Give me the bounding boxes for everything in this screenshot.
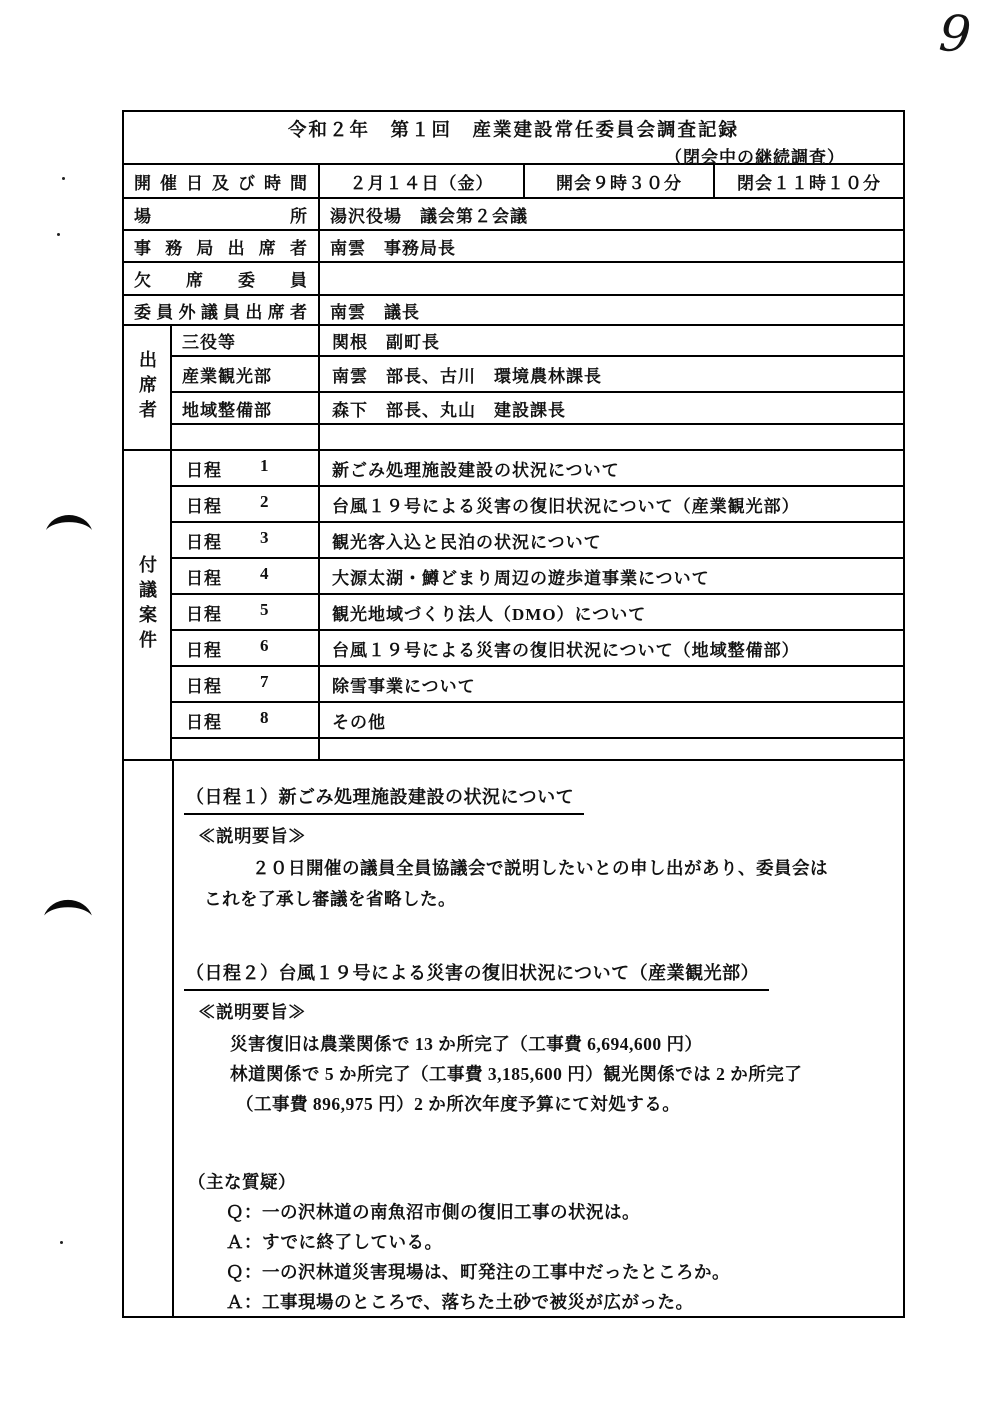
minutes-section: （日程１）新ごみ処理施設建設の状況について ≪説明要旨≫ ２０日開催の議員全員協… [124,761,903,1316]
agenda-row-empty [172,739,903,759]
nonmember-value: 南雲 議長 [320,296,903,324]
agenda-vertical-header: 付議案件 [124,451,172,759]
summary-label: ≪説明要旨≫ [198,998,885,1026]
agenda-item-title: 台風１９号による災害の復旧状況について（地域整備部） [320,631,903,665]
row-secretariat: 事務局出席者 南雲 事務局長 [124,231,903,263]
agenda-row: 日程2 台風１９号による災害の復旧状況について（産業観光部） [172,487,903,523]
minutes-item1-text: これを了承し審議を省略した。 [204,885,885,913]
agenda-item-number: 5 [260,600,270,625]
attendee-group-label: 地域整備部 [172,393,320,423]
agenda-item-number: 8 [260,708,270,733]
attendee-group-label: 三役等 [172,326,320,355]
absent-value [320,263,903,294]
scan-binding-mark [43,501,95,535]
summary-label: ≪説明要旨≫ [198,822,885,850]
attendee-names: 関根 副町長 [320,326,903,355]
agenda-item-title: その他 [320,703,903,737]
row-datetime: 開催日及び時間 ２月１４日（金） 開会９時３０分 閉会１１時１０分 [124,165,903,199]
agenda-item-number: 2 [260,492,270,517]
agenda-item-title: 観光地域づくり法人（DMO）について [320,595,903,629]
attendee-row: 三役等 関根 副町長 [172,326,903,357]
agenda-item-number: 3 [260,528,270,553]
agenda-row: 日程3 観光客入込と民泊の状況について [172,523,903,559]
agenda-row: 日程1 新ごみ処理施設建設の状況について [172,451,903,487]
agenda-item-title: 観光客入込と民泊の状況について [320,523,903,557]
row-nonmember-attendees: 委員外議員出席者 南雲 議長 [124,296,903,326]
place-label: 場所 [124,199,320,229]
agenda-item-label: 日程 [186,528,222,553]
attendees-vertical-header: 出席者 [124,326,172,449]
attendee-names: 森下 部長、丸山 建設課長 [320,393,903,423]
qa-line: Ｑ：一の沢林道災害現場は、町発注の工事中だったところか。 [226,1258,885,1286]
attendee-row-empty [172,425,903,449]
scan-speck [62,177,65,180]
handwritten-page-number: 9 [923,2,987,66]
agenda-item-label: 日程 [186,600,222,625]
agenda-item-label: 日程 [186,564,222,589]
agenda-item-label: 日程 [186,492,222,517]
attendee-row: 地域整備部 森下 部長、丸山 建設課長 [172,393,903,425]
agenda-item-label: 日程 [186,672,222,697]
opening-time: 開会９時３０分 [525,165,715,197]
scan-speck [57,233,60,236]
agenda-row: 日程7 除雪事業について [172,667,903,703]
minutes-item2-text: 災害復旧は農業関係で 13 か所完了（工事費 6,694,600 円） [230,1030,885,1058]
secretariat-value: 南雲 事務局長 [320,231,903,261]
minutes-item2-text: （工事費 896,975 円）2 か所次年度予算にて対処する。 [236,1090,885,1118]
row-absent-members: 欠席委員 [124,263,903,296]
absent-label: 欠席委員 [124,263,320,294]
agenda-item-label: 日程 [186,456,222,481]
attendee-names: 南雲 部長、古川 環境農林課長 [320,357,903,391]
scan-speck [60,1241,63,1244]
agenda-row: 日程6 台風１９号による災害の復旧状況について（地域整備部） [172,631,903,667]
agenda-row: 日程8 その他 [172,703,903,739]
agenda-row: 日程4 大源太湖・鱒どまり周辺の遊歩道事業について [172,559,903,595]
agenda-item-number: 6 [260,636,270,661]
document-title: 令和２年 第１回 産業建設常任委員会調査記録 [124,116,903,142]
agenda-item-title: 台風１９号による災害の復旧状況について（産業観光部） [320,487,903,521]
row-place: 場所 湯沢役場 議会第２会議 [124,199,903,231]
attendees-section: 出席者 三役等 関根 副町長 産業観光部 南雲 部長、古川 環境農林課長 地域整… [124,326,903,451]
qa-heading: （主な質疑） [188,1168,885,1196]
title-row: 令和２年 第１回 産業建設常任委員会調査記録 （閉会中の継続調査） [124,112,903,165]
agenda-item-label: 日程 [186,636,222,661]
minutes-item1-heading: （日程１）新ごみ処理施設建設の状況について [184,783,885,815]
minutes-item2-text: 林道関係で 5 か所完了（工事費 3,185,600 円）観光関係では 2 か所… [230,1060,885,1088]
agenda-item-title: 大源太湖・鱒どまり周辺の遊歩道事業について [320,559,903,593]
secretariat-label: 事務局出席者 [124,231,320,261]
minutes-item1-text: ２０日開催の議員全員協議会で説明したいとの申し出があり、委員会は [252,854,885,882]
minutes-margin-column [124,761,174,1316]
agenda-item-title: 新ごみ処理施設建設の状況について [320,451,903,485]
committee-record-table: 令和２年 第１回 産業建設常任委員会調査記録 （閉会中の継続調査） 開催日及び時… [122,110,905,1318]
agenda-item-number: 1 [260,456,270,481]
minutes-item2-heading: （日程２）台風１９号による災害の復旧状況について（産業観光部） [184,959,885,991]
meeting-date: ２月１４日（金） [320,165,525,197]
agenda-item-number: 4 [260,564,270,589]
agenda-section: 付議案件 日程1 新ごみ処理施設建設の状況について 日程2 台風１９号による災害… [124,451,903,761]
closing-time: 閉会１１時１０分 [715,165,903,197]
agenda-item-title: 除雪事業について [320,667,903,701]
qa-line: Ｑ：一の沢林道の南魚沼市側の復旧工事の状況は。 [226,1198,885,1226]
agenda-item-number: 7 [260,672,270,697]
nonmember-label: 委員外議員出席者 [124,296,320,324]
attendee-group-label: 産業観光部 [172,357,320,391]
agenda-item-label: 日程 [186,708,222,733]
agenda-row: 日程5 観光地域づくり法人（DMO）について [172,595,903,631]
qa-line: Ａ：工事現場のところで、落ちた土砂で被災が広がった。 [226,1288,885,1316]
place-value: 湯沢役場 議会第２会議 [320,199,903,229]
qa-line: Ａ：すでに終了している。 [226,1228,885,1256]
scan-binding-mark [41,885,95,921]
datetime-label: 開催日及び時間 [124,165,320,197]
attendee-row: 産業観光部 南雲 部長、古川 環境農林課長 [172,357,903,393]
